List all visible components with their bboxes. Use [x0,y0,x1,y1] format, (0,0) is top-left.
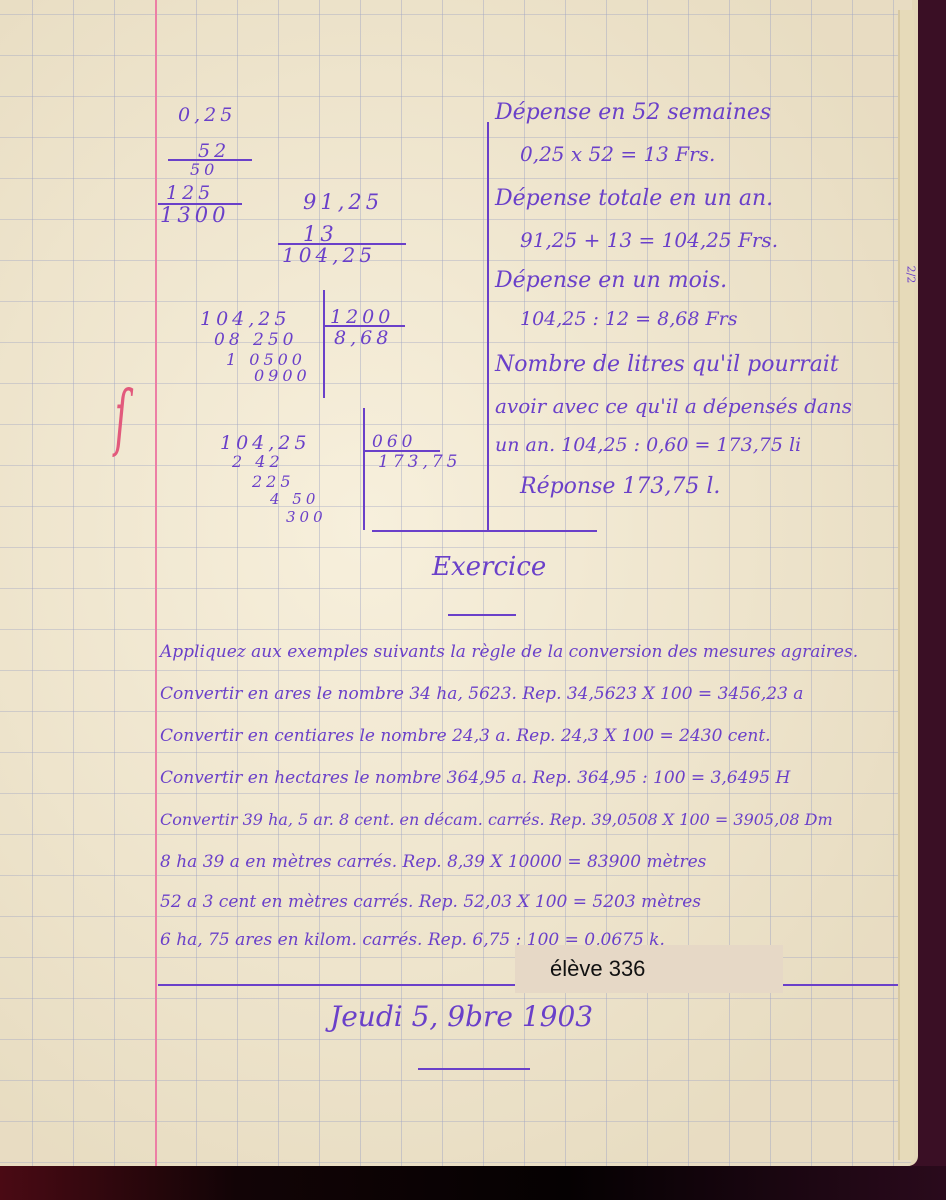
div1-row3: 0900 [254,366,311,385]
mult-result: 1300 [160,203,229,227]
exercise-title: Exercice [432,552,546,582]
div2-dividend: 104,25 [220,432,310,454]
date-underline [418,1068,530,1070]
div2-divisor: 060 [372,432,416,452]
student-label: élève 336 [515,945,783,993]
margin-line [155,0,157,1166]
div1-row1: 08 250 [214,330,297,350]
div2-row2: 225 [252,472,295,491]
exercise-line: Convertir en centiares le nombre 24,3 a.… [160,726,771,746]
page-edge [898,10,914,1160]
solution-line: 91,25 + 13 = 104,25 Frs. [520,228,778,252]
solution-line: 0,25 x 52 = 13 Frs. [520,142,715,166]
div1-quotient: 8,68 [334,327,392,349]
div2-quotient: 173,75 [378,452,461,472]
exercise-line: 52 a 3 cent en mètres carrés. Rep. 52,03… [160,892,701,912]
div2-vertical-rule [363,408,365,530]
solution-line: un an. 104,25 : 0,60 = 173,75 li [495,434,801,456]
add-top: 91,25 [303,190,383,214]
mult-partial1: 50 [190,160,218,179]
exercise-line: 8 ha 39 a en mètres carrés. Rep. 8,39 X … [160,852,706,872]
solution-line: Dépense en un mois. [495,268,727,293]
student-label-text: élève 336 [550,956,645,982]
title-underline [448,614,516,616]
solution-line: avoir avec ce qu'il a dépensés dans [495,394,852,418]
solution-divider [487,122,489,532]
solution-line: Dépense totale en un an. [495,186,773,211]
mult-top: 0,25 [178,104,236,126]
exercise-line: Convertir en hectares le nombre 364,95 a… [160,768,790,788]
date-heading: Jeudi 5, 9bre 1903 [330,1000,593,1033]
exercise-instruction: Appliquez aux exemples suivants la règle… [160,642,858,662]
margin-correction-mark: ſ [115,375,128,459]
solution-answer: Réponse 173,75 l. [520,474,720,499]
div1-vertical-rule [323,290,325,398]
add-result: 104,25 [282,243,376,267]
background-table [0,1166,946,1200]
exercise-line: Convertir 39 ha, 5 ar. 8 cent. en décam.… [160,810,833,829]
solution-line: Dépense en 52 semaines [495,100,771,125]
div1-dividend: 104,25 [200,308,290,330]
solution-line: Nombre de litres qu'il pourrait [495,352,839,377]
edge-note: 2/2 [904,266,917,284]
div2-row1: 2 42 [232,452,284,471]
solution-end-rule [372,530,597,532]
div2-row4: 300 [286,508,327,526]
solution-line: 104,25 : 12 = 8,68 Frs [520,308,738,330]
mult-partial2: 125 [166,182,214,204]
exercise-line: Convertir en ares le nombre 34 ha, 5623.… [160,684,803,704]
div2-row3: 4 50 [270,490,319,508]
